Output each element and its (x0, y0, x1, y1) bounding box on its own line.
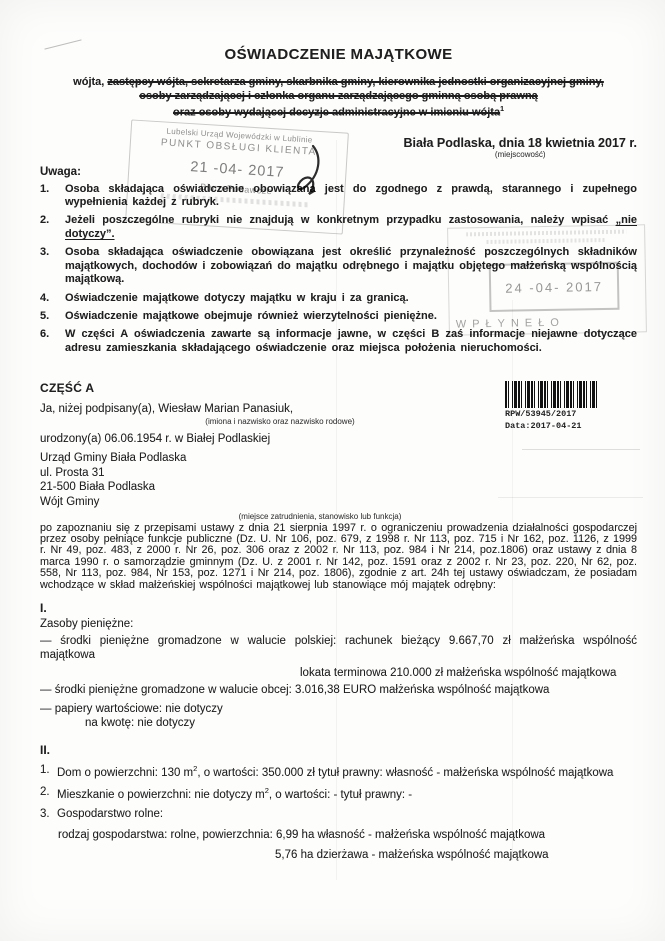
scan-artifact-line (522, 449, 640, 450)
stamp-illegible-line (486, 238, 606, 244)
barcode-number: RPW/53945/2017 (505, 410, 615, 420)
barcode-date: Data:2017-04-21 (505, 422, 615, 432)
name-caption: (imiona i nazwisko oraz nazwisko rodowe) (40, 417, 520, 426)
received-stamp-label: WPŁYNEŁO (456, 315, 652, 330)
securities-line: — papiery wartościowe: nie dotyczy (40, 703, 637, 717)
received-stamp-date: 24 -04- 2017 (505, 279, 603, 296)
item-number: 1. (40, 183, 65, 210)
legal-paragraph: po zapoznaniu się z przepisami ustawy z … (40, 523, 637, 591)
subtitle-line-1: wójta, zastępcy wójta, sekretarza gminy,… (40, 75, 637, 89)
document-subtitle: wójta, zastępcy wójta, sekretarza gminy,… (40, 75, 637, 120)
scanned-document-page: OŚWIADCZENIE MAJĄTKOWE wójta, zastępcy w… (0, 0, 665, 941)
house-line: 1. Dom o powierzchni: 130 m2, o wartości… (40, 764, 637, 779)
item-number: 6. (40, 328, 65, 355)
item-number: 3. (40, 246, 65, 286)
birth-line: urodzony(a) 06.06.1954 r. w Białej Podla… (40, 433, 637, 445)
stamp-illegible-line (466, 230, 626, 237)
document-title: OŚWIADCZENIE MAJĄTKOWE (40, 46, 637, 63)
item-number: 2. (40, 214, 65, 241)
barcode-block: RPW/53945/2017 Data:2017-04-21 (505, 381, 615, 431)
city-line: 21-500 Biała Podlaska (40, 481, 637, 493)
farm-lease-line: 5,76 ha dzierżawa - małżeńska wspólność … (275, 849, 637, 861)
received-date-stamp: 24 -04- 2017 WPŁYNEŁO (447, 224, 647, 335)
received-stamp-datebox: 24 -04- 2017 (489, 262, 620, 312)
apartment-line: 2. Mieszkanie o powierzchni: nie dotyczy… (40, 786, 637, 801)
barcode (505, 381, 597, 408)
polish-currency-line: — środki pieniężne gromadzone w walucie … (40, 635, 637, 662)
section-ii-heading: II. (40, 743, 637, 757)
workplace-line: Urząd Gminy Biała Podlaska (40, 452, 637, 464)
fold-line (336, 140, 337, 880)
farm-line: 3. Gospodarstwo rolne: (40, 808, 637, 820)
scan-artifact-line (498, 497, 643, 498)
fold-line (512, 300, 513, 860)
farm-type-line: rodzaj gospodarstwa: rolne, powierzchnia… (58, 829, 637, 841)
section-i-label: Zasoby pieniężne: (40, 618, 637, 630)
street-line: ul. Prosta 31 (40, 467, 637, 479)
subtitle-line-1-normal: wójta, (73, 76, 107, 88)
subtitle-line-2: osoby zarządzającej i członka organu zar… (40, 89, 637, 103)
securities-amount-line: na kwotę: nie dotyczy (85, 717, 637, 729)
handwritten-mark (293, 144, 323, 203)
item-number: 5. (40, 310, 65, 323)
item-number: 4. (40, 292, 65, 305)
place-and-date: Biała Podlaska, dnia 18 kwietnia 2017 r. (404, 136, 637, 150)
subtitle-line-3: oraz osoby wydającej decyzje administrac… (40, 103, 637, 120)
deposit-line: lokata terminowa 210.000 zł małżeńska ws… (300, 667, 637, 679)
subtitle-line-1-struck: zastępcy wójta, sekretarza gminy, skarbn… (107, 76, 603, 88)
place-caption: (miejscowość) (404, 150, 637, 159)
footnote-marker: 1 (500, 106, 504, 113)
section-i-heading: I. (40, 601, 637, 615)
foreign-currency-line: — środki pieniężne gromadzone w walucie … (40, 684, 637, 698)
position-caption: (miejsce zatrudnienia, stanowisko lub fu… (40, 512, 600, 521)
